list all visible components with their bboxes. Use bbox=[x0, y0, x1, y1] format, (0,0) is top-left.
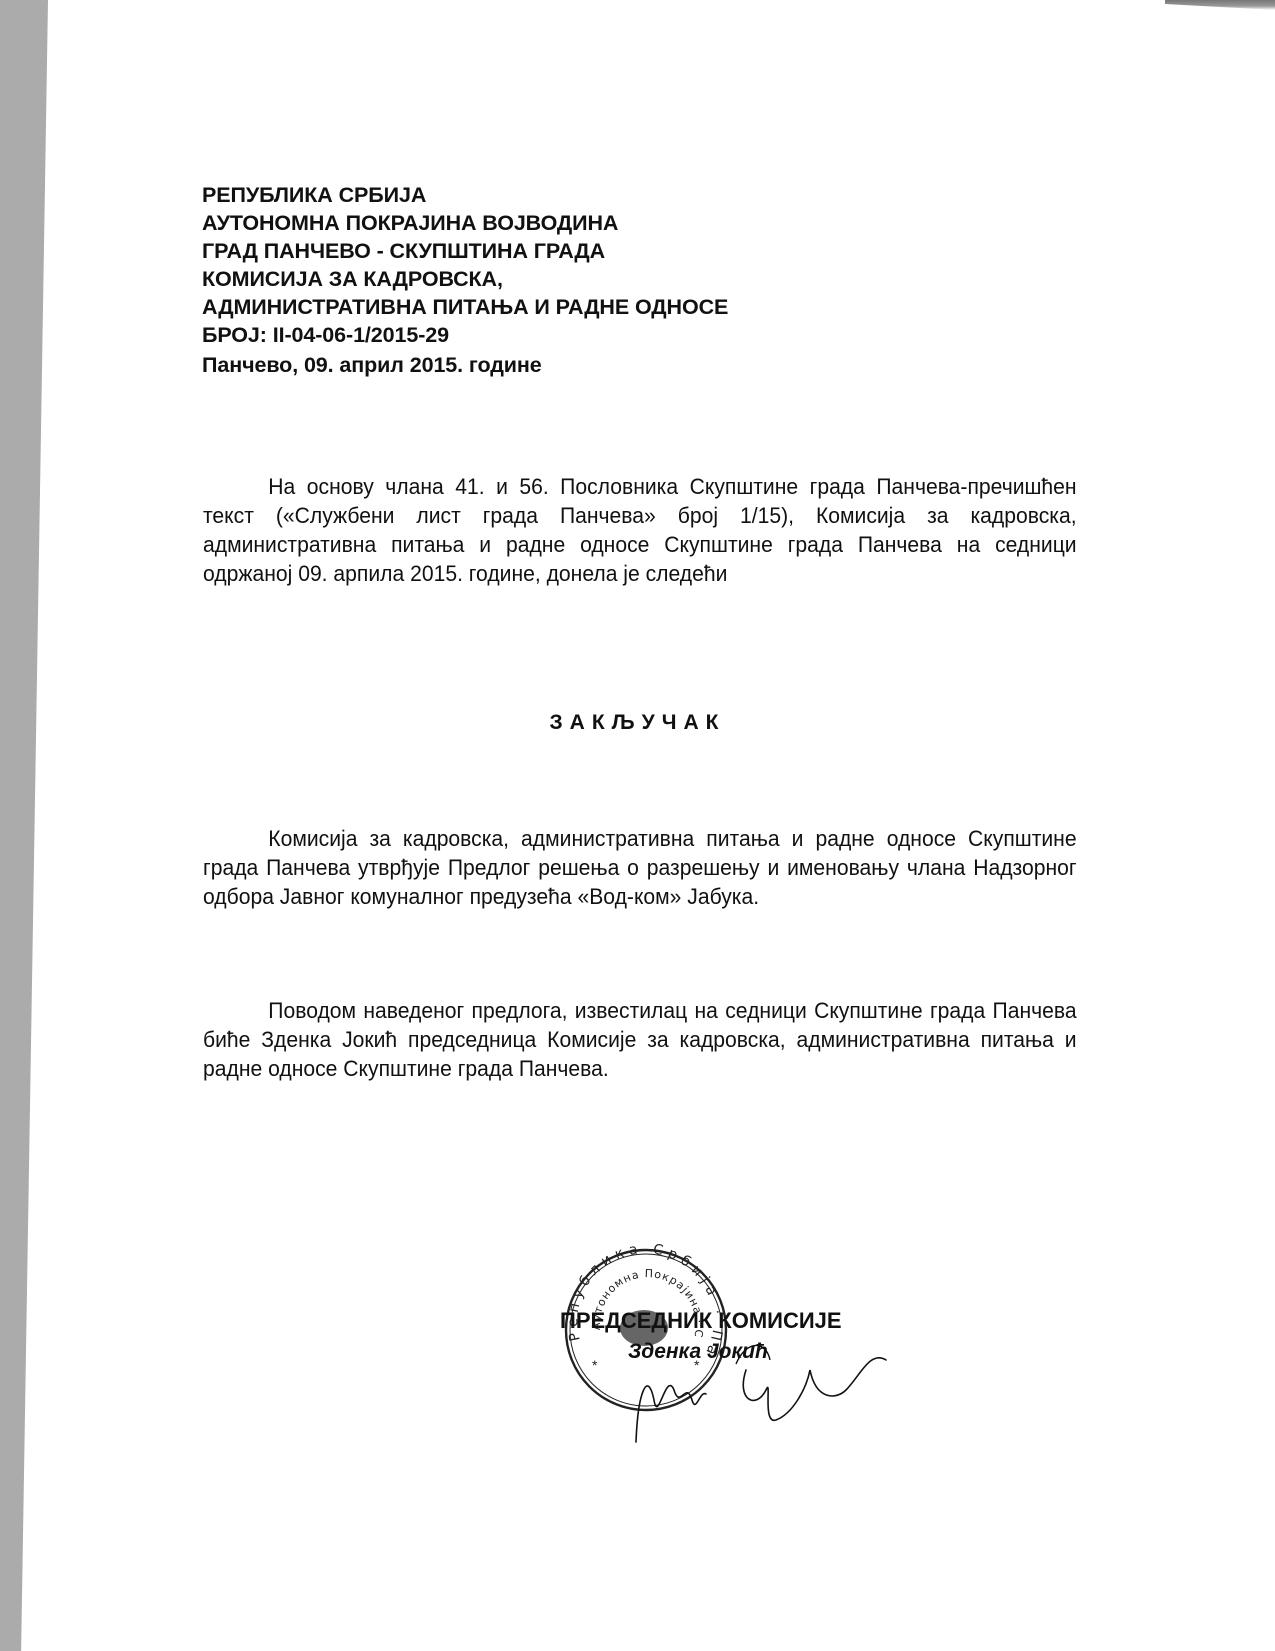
header-line-number: БРОЈ: II-04-06-1/2015-29 bbox=[202, 321, 728, 349]
conclusion-paragraph: Комисија за кадровска, административна п… bbox=[203, 824, 1077, 911]
document-header: РЕПУБЛИКА СРБИЈА АУТОНОМНА ПОКРАЈИНА ВОЈ… bbox=[202, 181, 728, 379]
header-date: Панчево, 09. април 2015. године bbox=[202, 351, 728, 379]
header-line-province: АУТОНОМНА ПОКРАЈИНА ВОЈВОДИНА bbox=[202, 209, 728, 237]
scan-shadow-left bbox=[0, 0, 48, 1651]
scan-shadow-top-right bbox=[1165, 0, 1275, 10]
document-title: ЗАКЉУЧАК bbox=[0, 711, 1275, 735]
header-line-commission: КОМИСИЈА ЗА КАДРОВСКА, bbox=[202, 265, 728, 293]
header-line-country: РЕПУБЛИКА СРБИЈА bbox=[202, 181, 728, 209]
header-line-city: ГРАД ПАНЧЕВО - СКУПШТИНА ГРАДА bbox=[202, 237, 728, 265]
signature-block: Република Србија · Панчево Аутономна Пок… bbox=[556, 1220, 896, 1450]
rapporteur-paragraph: Поводом наведеног предлога, известилац н… bbox=[203, 996, 1077, 1083]
preamble-paragraph: На основу члана 41. и 56. Пословника Ску… bbox=[203, 472, 1077, 588]
header-line-commission-cont: АДМИНИСТРАТИВНА ПИТАЊА И РАДНЕ ОДНОСЕ bbox=[202, 293, 728, 321]
handwritten-signature-icon bbox=[596, 1330, 896, 1450]
